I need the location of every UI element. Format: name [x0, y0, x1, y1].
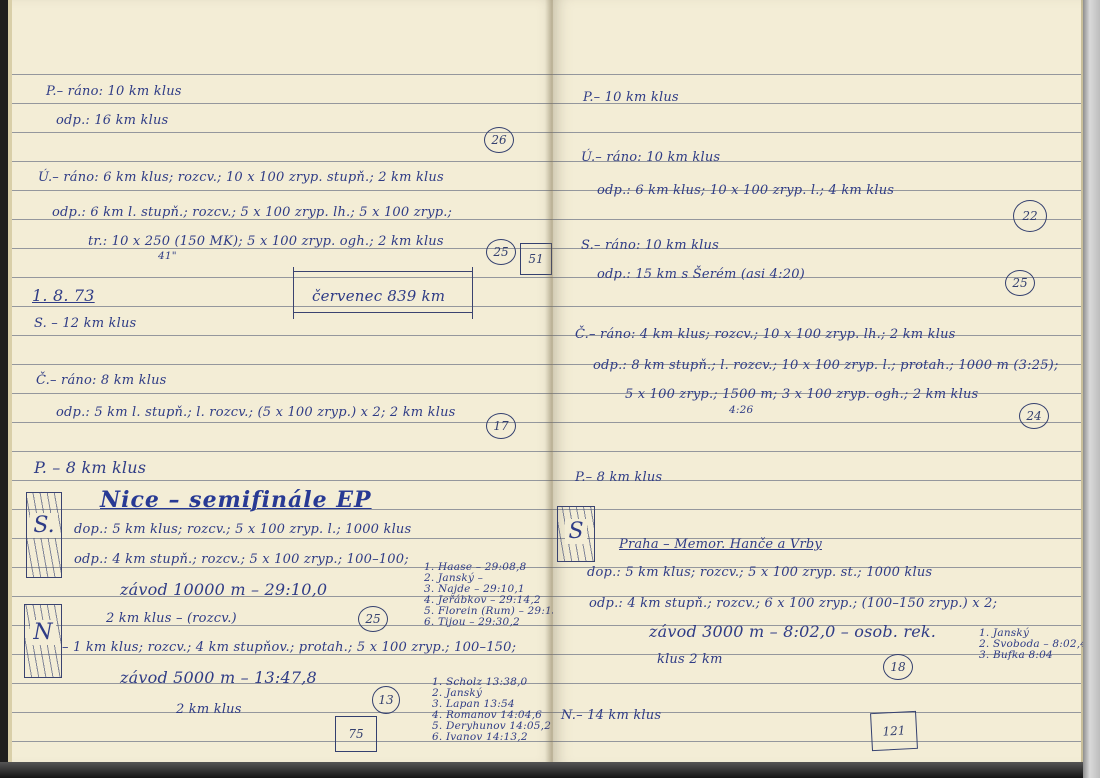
- result-row: 6. Ivanov 14:13,2: [432, 732, 551, 743]
- result-row: 6. Tijou – 29:30,2: [424, 617, 557, 628]
- race-results-5000m: 1. Scholz 13:38,0 2. Janský 3. Lapan 13:…: [432, 677, 551, 743]
- race-title: Nice – semifinále EP: [100, 487, 372, 513]
- note-line: odp.: 4 km stupň.; rozcv.; 5 x 100 zryp.…: [74, 552, 409, 567]
- note-line: Č.– ráno: 8 km klus: [36, 373, 167, 388]
- note-line: N.– 14 km klus: [561, 708, 661, 723]
- note-line: odp.: 6 km l. stupň.; rozcv.; 5 x 100 zr…: [52, 205, 452, 220]
- note-line: odp.: 16 km klus: [56, 113, 168, 128]
- note-line: 2 km klus: [176, 702, 242, 717]
- note-line: P.– ráno: 10 km klus: [46, 84, 182, 99]
- note-line: Ú.– ráno: 6 km klus; rozcv.; 10 x 100 zr…: [38, 170, 444, 185]
- week-total-box: 75: [335, 716, 377, 752]
- note-line: P.– 10 km klus: [583, 90, 679, 105]
- right-page: P.– 10 km klus Ú.– ráno: 10 km klus odp.…: [553, 0, 1083, 765]
- note-line: – 1 km klus; rozcv.; 4 km stupňov.; prot…: [62, 640, 516, 655]
- note-line: dop.: 5 km klus; rozcv.; 5 x 100 zryp. l…: [74, 522, 411, 537]
- daily-total-circle: 25: [1005, 270, 1035, 296]
- daily-total-circle: 25: [486, 239, 516, 265]
- notebook-spread: P.– ráno: 10 km klus odp.: 16 km klus 26…: [0, 0, 1100, 778]
- note-line: odp.: 5 km l. stupň.; l. rozcv.; (5 x 10…: [56, 405, 456, 420]
- race-results-3000m: 1. Janský 2. Svoboda – 8:02,4 3. Bufka 8…: [979, 628, 1083, 661]
- monthly-total-text: červenec 839 km: [312, 287, 445, 305]
- note-line: dop.: 5 km klus; rozcv.; 5 x 100 zryp. s…: [587, 565, 932, 580]
- note-line: odp.: 8 km stupň.; l. rozcv.; 10 x 100 z…: [593, 358, 1059, 373]
- monthly-total-box: červenec 839 km: [293, 267, 473, 319]
- note-line: 2 km klus – (rozcv.): [106, 611, 237, 626]
- note-line: S.– ráno: 10 km klus: [581, 238, 719, 253]
- daily-total-circle: 18: [883, 654, 913, 680]
- note-line: P. – 8 km klus: [34, 458, 146, 477]
- week-total-box: 121: [870, 711, 918, 751]
- note-line: P.– 8 km klus: [575, 470, 662, 485]
- scan-shadow: [0, 762, 1083, 778]
- page-edge: [1083, 0, 1100, 778]
- note-line: Ú.– ráno: 10 km klus: [581, 150, 720, 165]
- race-results-10000m: 1. Haase – 29:08,8 2. Janský – 3. Najde …: [424, 562, 557, 628]
- note-line: klus 2 km: [657, 652, 723, 667]
- date-heading: 1. 8. 73: [32, 286, 95, 305]
- race-result-line: závod 3000 m – 8:02,0 – osob. rek.: [649, 622, 936, 641]
- note-line: odp.: 4 km stupň.; rozcv.; 6 x 100 zryp.…: [589, 596, 997, 611]
- note-line: tr.: 10 x 250 (150 MK); 5 x 100 zryp. og…: [88, 234, 444, 249]
- note-subscript: 4:26: [729, 404, 753, 416]
- left-page: P.– ráno: 10 km klus odp.: 16 km klus 26…: [8, 0, 557, 765]
- note-line: 5 x 100 zryp.; 1500 m; 3 x 100 zryp. ogh…: [625, 387, 978, 402]
- race-day-mark-saturday: S: [557, 506, 595, 562]
- daily-total-circle: 13: [372, 686, 400, 714]
- note-line: Č.– ráno: 4 km klus; rozcv.; 10 x 100 zr…: [575, 327, 956, 342]
- race-title: Praha – Memor. Hanče a Vrby: [619, 537, 822, 552]
- race-result-line: závod 5000 m – 13:47,8: [120, 668, 317, 687]
- daily-total-circle: 25: [358, 606, 388, 632]
- note-line: odp.: 6 km klus; 10 x 100 zryp. l.; 4 km…: [597, 183, 894, 198]
- race-day-mark-sunday: N: [24, 604, 62, 678]
- note-subscript: 41": [158, 250, 177, 262]
- daily-total-circle: 24: [1019, 403, 1049, 429]
- race-day-mark-saturday: S.: [26, 492, 62, 578]
- daily-total-circle: 22: [1013, 200, 1047, 232]
- daily-total-circle: 17: [486, 413, 516, 439]
- note-line: S. – 12 km klus: [34, 316, 136, 331]
- race-result-line: závod 10000 m – 29:10,0: [120, 580, 327, 599]
- result-row: 3. Bufka 8:04: [979, 650, 1083, 661]
- daily-total-circle: 26: [484, 127, 514, 153]
- note-line: odp.: 15 km s Šerém (asi 4:20): [597, 267, 805, 282]
